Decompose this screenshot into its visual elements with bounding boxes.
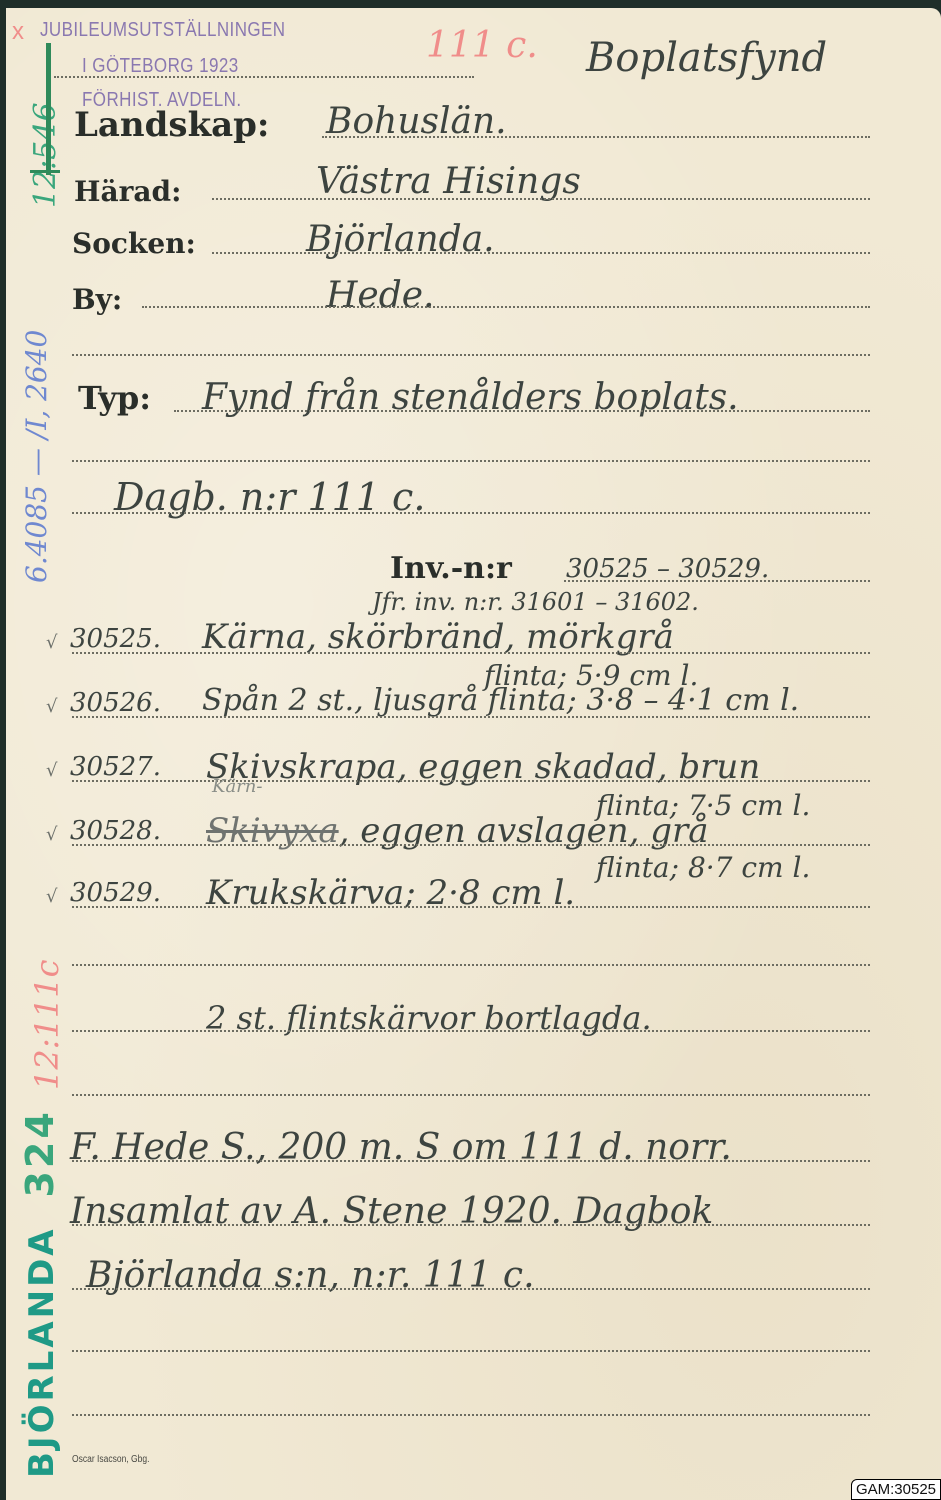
red-margin-note: 12:111c <box>28 960 66 1091</box>
dotted-line <box>72 354 870 356</box>
inventory-range: 30525 – 30529. <box>566 556 769 582</box>
dotted-line <box>72 844 870 846</box>
item-number: 30525. <box>70 626 161 652</box>
check-mark: √ <box>46 760 57 781</box>
catalog-card: x JUBILEUMSUTSTÄLLNINGEN I GÖTEBORG 1923… <box>6 8 941 1500</box>
dotted-line <box>72 1414 870 1416</box>
dotted-line <box>212 198 870 200</box>
socken-label: Socken: <box>72 230 196 258</box>
parish-stamp-name: BJÖRLANDA <box>22 1226 62 1478</box>
dotted-line <box>72 780 870 782</box>
item-description: Skivskrapa, eggen skadad, brun <box>206 750 760 784</box>
check-mark: √ <box>46 824 57 845</box>
dotted-line <box>72 1288 870 1290</box>
inventory-compare: Jfr. inv. n:r. 31601 – 31602. <box>372 590 699 614</box>
harad-label: Härad: <box>74 178 181 206</box>
category-label: Boplatsfynd <box>586 38 827 78</box>
item-description: Spån 2 st., ljusgrå flinta; 3·8 – 4·1 cm… <box>202 686 799 716</box>
red-x-mark: x <box>12 18 24 46</box>
inventory-label: Inv.-n:r <box>390 554 512 584</box>
dotted-line <box>212 252 870 254</box>
stamp-line-1: JUBILEUMSUTSTÄLLNINGEN <box>40 20 286 40</box>
parish-stamp: BJÖRLANDA 324 <box>18 1109 62 1478</box>
catalog-id-label: GAM:30525 <box>851 1479 941 1500</box>
dotted-line <box>72 964 870 966</box>
dotted-line <box>72 1030 870 1032</box>
red-code: 111 c. <box>426 28 538 64</box>
printer-imprint: Oscar Isacson, Gbg. <box>72 1454 149 1465</box>
by-value: Hede. <box>326 278 435 314</box>
item-correction: Kärn- <box>212 778 262 796</box>
check-mark: √ <box>46 886 57 907</box>
item-description: Krukskärva; 2·8 cm l. <box>206 876 575 910</box>
dotted-line <box>72 512 870 514</box>
dotted-line <box>72 716 870 718</box>
item-number: 30529. <box>70 880 161 906</box>
dotted-line <box>72 1350 870 1352</box>
parish-stamp-number: 324 <box>18 1109 62 1197</box>
dotted-line <box>72 652 870 654</box>
check-mark: √ <box>46 696 57 717</box>
dotted-line <box>72 1160 870 1162</box>
dotted-line <box>72 906 870 908</box>
by-label: By: <box>72 286 122 314</box>
landskap-label: Landskap: <box>74 108 269 142</box>
dotted-line <box>72 1224 870 1226</box>
item-description-cont: flinta; 8·7 cm l. <box>596 854 810 882</box>
green-strike-line <box>46 43 51 175</box>
blue-margin-note: 6.4085 — /I, 2640 <box>20 330 53 583</box>
green-strike-bar <box>30 170 60 173</box>
dotted-line <box>322 136 870 138</box>
dotted-line <box>174 410 870 412</box>
dagbok-reference: Dagb. n:r 111 c. <box>114 478 425 516</box>
dotted-line <box>72 460 870 462</box>
dotted-line <box>564 580 870 582</box>
item-description: Kärna, skörbränd, mörkgrå <box>202 620 674 654</box>
item-description: Skivyxa, eggen avslagen, grå <box>206 814 709 848</box>
landskap-value: Bohuslän. <box>326 104 507 140</box>
item-number: 30527. <box>70 754 161 780</box>
dotted-line <box>54 76 474 78</box>
typ-label: Typ: <box>78 382 151 414</box>
stamp-line-2: I GÖTEBORG 1923 <box>82 56 239 76</box>
check-mark: √ <box>46 632 57 653</box>
dotted-line <box>142 306 870 308</box>
item-number: 30526. <box>70 690 161 716</box>
harad-value: Västra Hisings <box>316 164 581 200</box>
dotted-line <box>72 1094 870 1096</box>
item-number: 30528. <box>70 818 161 844</box>
